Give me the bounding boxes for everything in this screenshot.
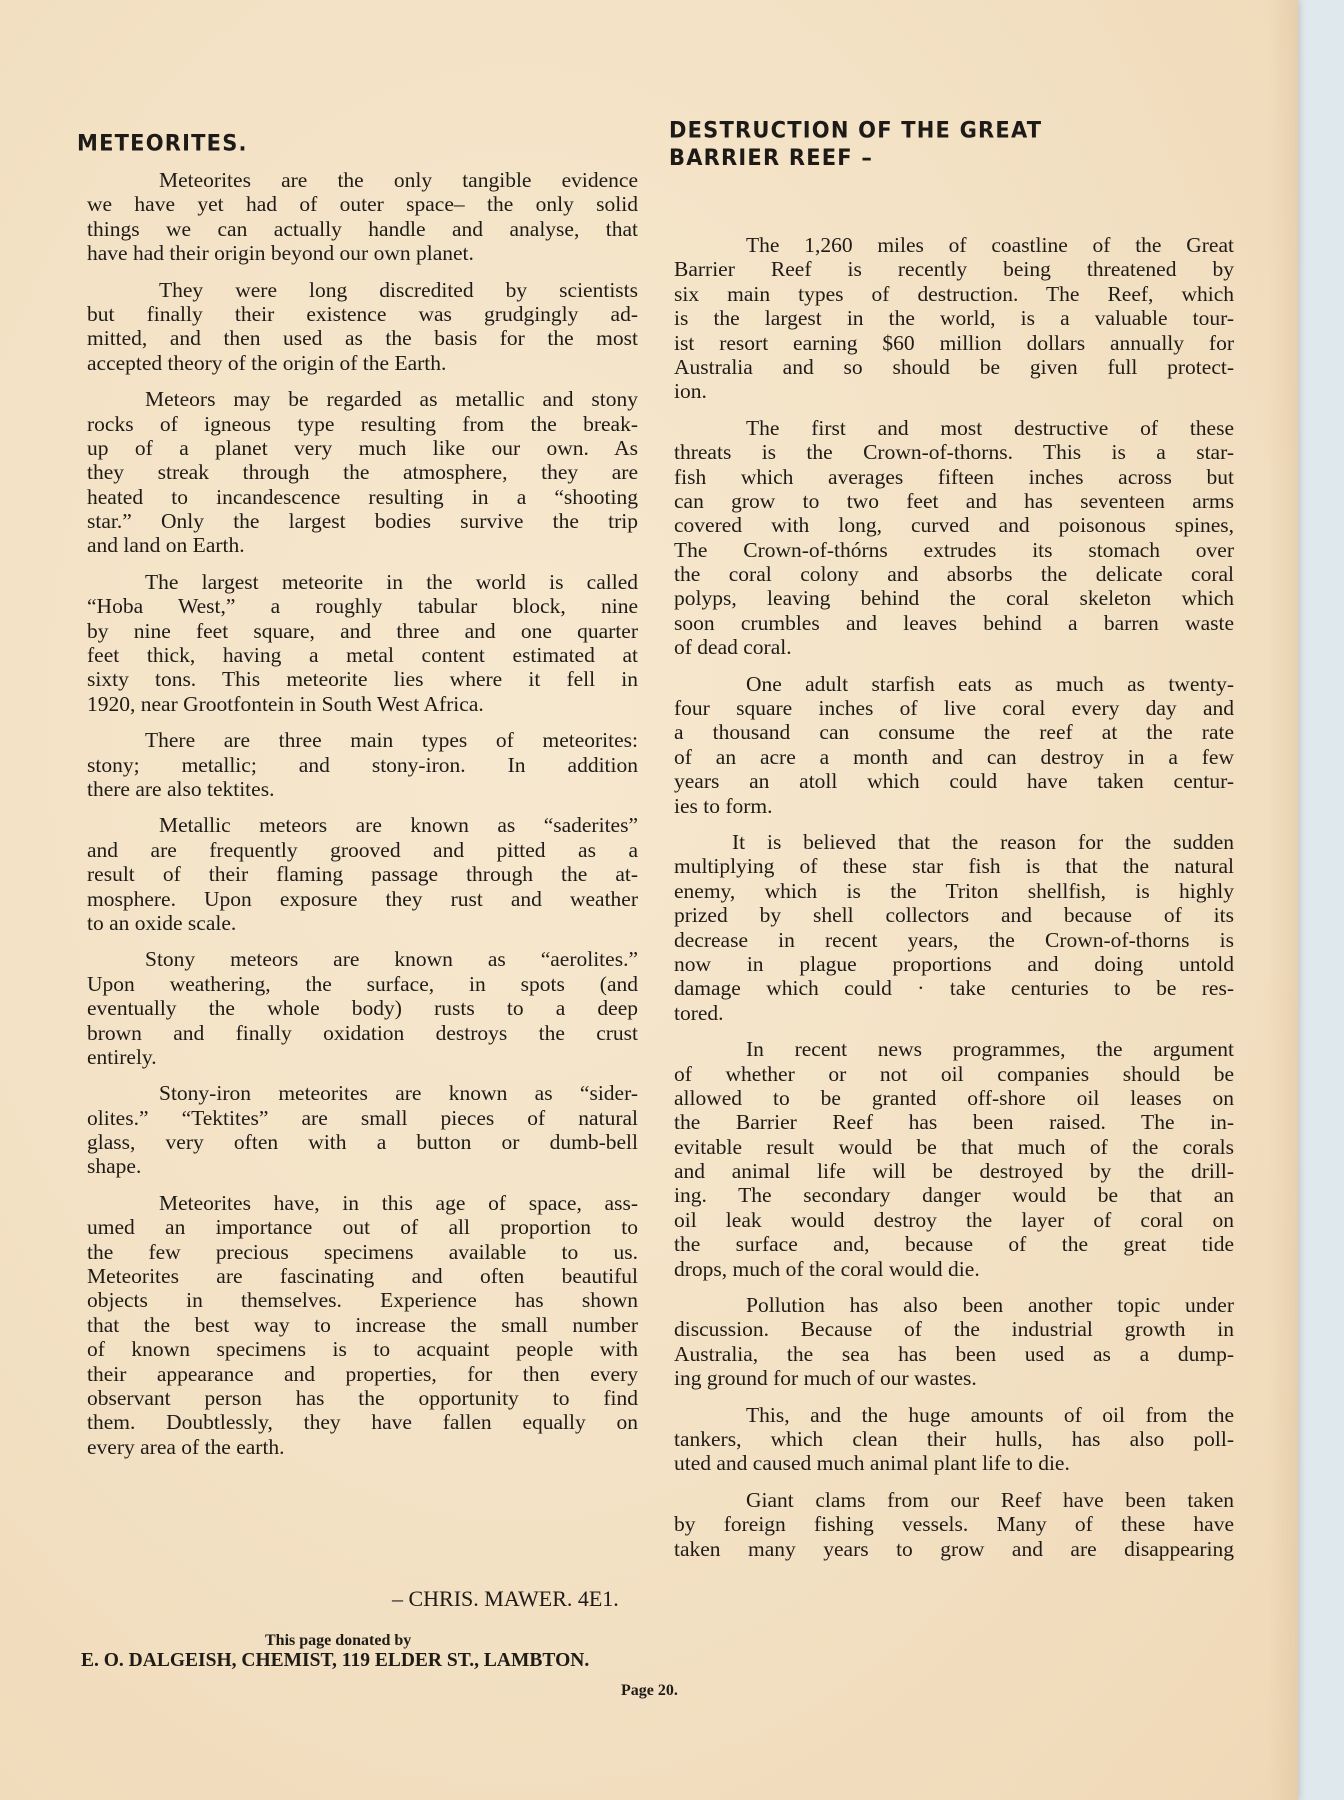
text-line: of known specimens is to acquaint people… [87,1337,638,1361]
text-line: the coral colony and absorbs the delicat… [674,562,1234,586]
text-line: a thousand can consume the reef at the r… [674,720,1234,744]
meteorites-heading: METEORITES. [77,129,248,156]
text-line: multiplying of these star fish is that t… [674,854,1234,878]
text-line: every area of the earth. [87,1435,638,1459]
text-line: six main types of destruction. The Reef,… [674,282,1234,306]
paragraph: Giant clams from our Reef have been take… [674,1488,1234,1561]
text-line: accepted theory of the origin of the Ear… [87,351,638,375]
text-line: observant person has the opportunity to … [87,1386,638,1410]
text-line: The Crown-of-thórns extrudes its stomach… [674,538,1234,562]
text-line: uted and caused much animal plant life t… [674,1451,1234,1475]
paragraph: It is believed that the reason for the s… [674,830,1234,1025]
paragraph: Stony meteors are known as “aerolites.”U… [87,947,638,1069]
text-line: of dead coral. [674,635,1234,659]
text-line: by nine feet square, and three and one q… [87,619,638,643]
paragraph: Meteorites are the only tangible evidenc… [87,168,638,266]
text-line: One adult starfish eats as much as twent… [674,672,1234,696]
text-line: there are also tektites. [87,777,638,801]
text-line: enemy, which is the Triton shellfish, is… [674,879,1234,903]
text-line: stony; metallic; and stony-iron. In addi… [87,753,638,777]
text-line: olites.” “Tektites” are small pieces of … [87,1106,638,1130]
text-line: years an atoll which could have taken ce… [674,769,1234,793]
text-line: by foreign fishing vessels. Many of thes… [674,1512,1234,1536]
paragraph: There are three main types of meteorites… [87,728,638,801]
text-line: four square inches of live coral every d… [674,696,1234,720]
text-line: tankers, which clean their hulls, has al… [674,1427,1234,1451]
text-line: prized by shell collectors and because o… [674,903,1234,927]
text-line: entirely. [87,1045,638,1069]
text-line: Giant clams from our Reef have been take… [674,1488,1234,1512]
text-line: and land on Earth. [87,533,638,557]
text-line: they streak through the atmosphere, they… [87,460,638,484]
text-line: Meteorites are fascinating and often bea… [87,1264,638,1288]
text-line: oil leak would destroy the layer of cora… [674,1208,1234,1232]
paragraph: This, and the huge amounts of oil from t… [674,1403,1234,1476]
paragraph: Stony-iron meteorites are known as “side… [87,1081,638,1179]
text-line: taken many years to grow and are disappe… [674,1537,1234,1561]
text-line: damage which could · take centuries to b… [674,976,1234,1000]
text-line: drops, much of the coral would die. [674,1257,1234,1281]
text-line: umed an importance out of all proportion… [87,1215,638,1239]
text-line: and are frequently grooved and pitted as… [87,838,638,862]
reef-heading: DESTRUCTION OF THE GREAT BARRIER REEF – [669,117,1042,172]
text-line: Meteorites are the only tangible evidenc… [87,168,638,192]
text-line: Stony meteors are known as “aerolites.” [87,947,638,971]
text-line: It is believed that the reason for the s… [674,830,1234,854]
text-line: This, and the huge amounts of oil from t… [674,1403,1234,1427]
text-line: They were long discredited by scientists [87,278,638,302]
text-line: brown and finally oxidation destroys the… [87,1021,638,1045]
text-line: Stony-iron meteorites are known as “side… [87,1081,638,1105]
text-line: to an oxide scale. [87,911,638,935]
text-line: mitted, and then used as the basis for t… [87,326,638,350]
text-line: rocks of igneous type resulting from the… [87,412,638,436]
text-line: of an acre a month and can destroy in a … [674,745,1234,769]
text-line: sixty tons. This meteorite lies where it… [87,667,638,691]
text-line: the few precious specimens available to … [87,1240,638,1264]
text-line: There are three main types of meteorites… [87,728,638,752]
text-line: now in plague proportions and doing unto… [674,952,1234,976]
reef-heading-line-2: BARRIER REEF – [669,144,1042,171]
text-line: The 1,260 miles of coastline of the Grea… [674,233,1234,257]
text-line: but finally their existence was grudging… [87,302,638,326]
text-line: The largest meteorite in the world is ca… [87,570,638,594]
text-line: discussion. Because of the industrial gr… [674,1317,1234,1341]
text-line: evitable result would be that much of th… [674,1135,1234,1159]
text-line: Barrier Reef is recently being threatene… [674,257,1234,281]
text-line: them. Doubtlessly, they have fallen equa… [87,1410,638,1434]
text-line: of whether or not oil companies should b… [674,1062,1234,1086]
donated-by-label: This page donated by [265,1632,411,1650]
text-line: is the largest in the world, is a valuab… [674,306,1234,330]
text-line: Metallic meteors are known as “saderites… [87,813,638,837]
text-line: shape. [87,1154,638,1178]
paragraph: Metallic meteors are known as “saderites… [87,813,638,935]
text-line: the Barrier Reef has been raised. The in… [674,1110,1234,1134]
text-line: fish which averages fifteen inches acros… [674,465,1234,489]
text-line: ion. [674,379,1234,403]
text-line: feet thick, having a metal content estim… [87,643,638,667]
text-line: that the best way to increase the small … [87,1313,638,1337]
text-line: Pollution has also been another topic un… [674,1293,1234,1317]
text-line: threats is the Crown-of-thorns. This is … [674,440,1234,464]
text-line: ist resort earning $60 million dollars a… [674,331,1234,355]
paragraph: In recent news programmes, the argumento… [674,1037,1234,1281]
paragraph: The 1,260 miles of coastline of the Grea… [674,233,1234,404]
text-line: allowed to be granted off-shore oil leas… [674,1086,1234,1110]
text-line: In recent news programmes, the argument [674,1037,1234,1061]
text-line: the surface and, because of the great ti… [674,1232,1234,1256]
page-number: Page 20. [621,1682,678,1700]
text-line: eventually the whole body) rusts to a de… [87,996,638,1020]
author-signature: – CHRIS. MAWER. 4E1. [392,1586,619,1612]
text-line: ing ground for much of our wastes. [674,1366,1234,1390]
text-line: ies to form. [674,794,1234,818]
text-line: have had their origin beyond our own pla… [87,241,638,265]
paragraph: Meteorites have, in this age of space, a… [87,1191,638,1459]
paragraph: Meteors may be regarded as metallic and … [87,387,638,558]
text-line: their appearance and properties, for the… [87,1362,638,1386]
text-line: The first and most destructive of these [674,416,1234,440]
text-line: glass, very often with a button or dumb-… [87,1130,638,1154]
paragraph: Pollution has also been another topic un… [674,1293,1234,1391]
donor-credit: E. O. DALGEISH, CHEMIST, 119 ELDER ST., … [81,1650,589,1672]
text-line: Meteorites have, in this age of space, a… [87,1191,638,1215]
text-line: heated to incandescence resulting in a “… [87,485,638,509]
text-line: polyps, leaving behind the coral skeleto… [674,586,1234,610]
text-line: Australia and so should be given full pr… [674,355,1234,379]
text-line: mosphere. Upon exposure they rust and we… [87,887,638,911]
text-line: Australia, the sea has been used as a du… [674,1342,1234,1366]
reef-heading-line-1: DESTRUCTION OF THE GREAT [669,117,1042,144]
text-line: and animal life will be destroyed by the… [674,1159,1234,1183]
text-line: things we can actually handle and analys… [87,217,638,241]
text-line: ing. The secondary danger would be that … [674,1183,1234,1207]
text-line: result of their flaming passage through … [87,862,638,886]
text-line: soon crumbles and leaves behind a barren… [674,611,1234,635]
text-line: star.” Only the largest bodies survive t… [87,509,638,533]
text-line: objects in themselves. Experience has sh… [87,1288,638,1312]
paragraph: The largest meteorite in the world is ca… [87,570,638,716]
paragraph: They were long discredited by scientists… [87,278,638,376]
paragraph: The first and most destructive of theset… [674,416,1234,660]
text-line: decrease in recent years, the Crown-of-t… [674,928,1234,952]
paragraph: One adult starfish eats as much as twent… [674,672,1234,818]
text-line: up of a planet very much like our own. A… [87,436,638,460]
text-line: “Hoba West,” a roughly tabular block, ni… [87,594,638,618]
text-line: we have yet had of outer space– the only… [87,192,638,216]
reef-article-body: The 1,260 miles of coastline of the Grea… [674,233,1234,1573]
text-line: 1920, near Grootfontein in South West Af… [87,692,638,716]
magazine-page: METEORITES. Meteorites are the only tang… [0,0,1298,1800]
text-line: can grow to two feet and has seventeen a… [674,489,1234,513]
text-line: Meteors may be regarded as metallic and … [87,387,638,411]
text-line: tored. [674,1001,1234,1025]
meteorites-article-body: Meteorites are the only tangible evidenc… [87,168,638,1471]
text-line: covered with long, curved and poisonous … [674,513,1234,537]
text-line: Upon weathering, the surface, in spots (… [87,972,638,996]
